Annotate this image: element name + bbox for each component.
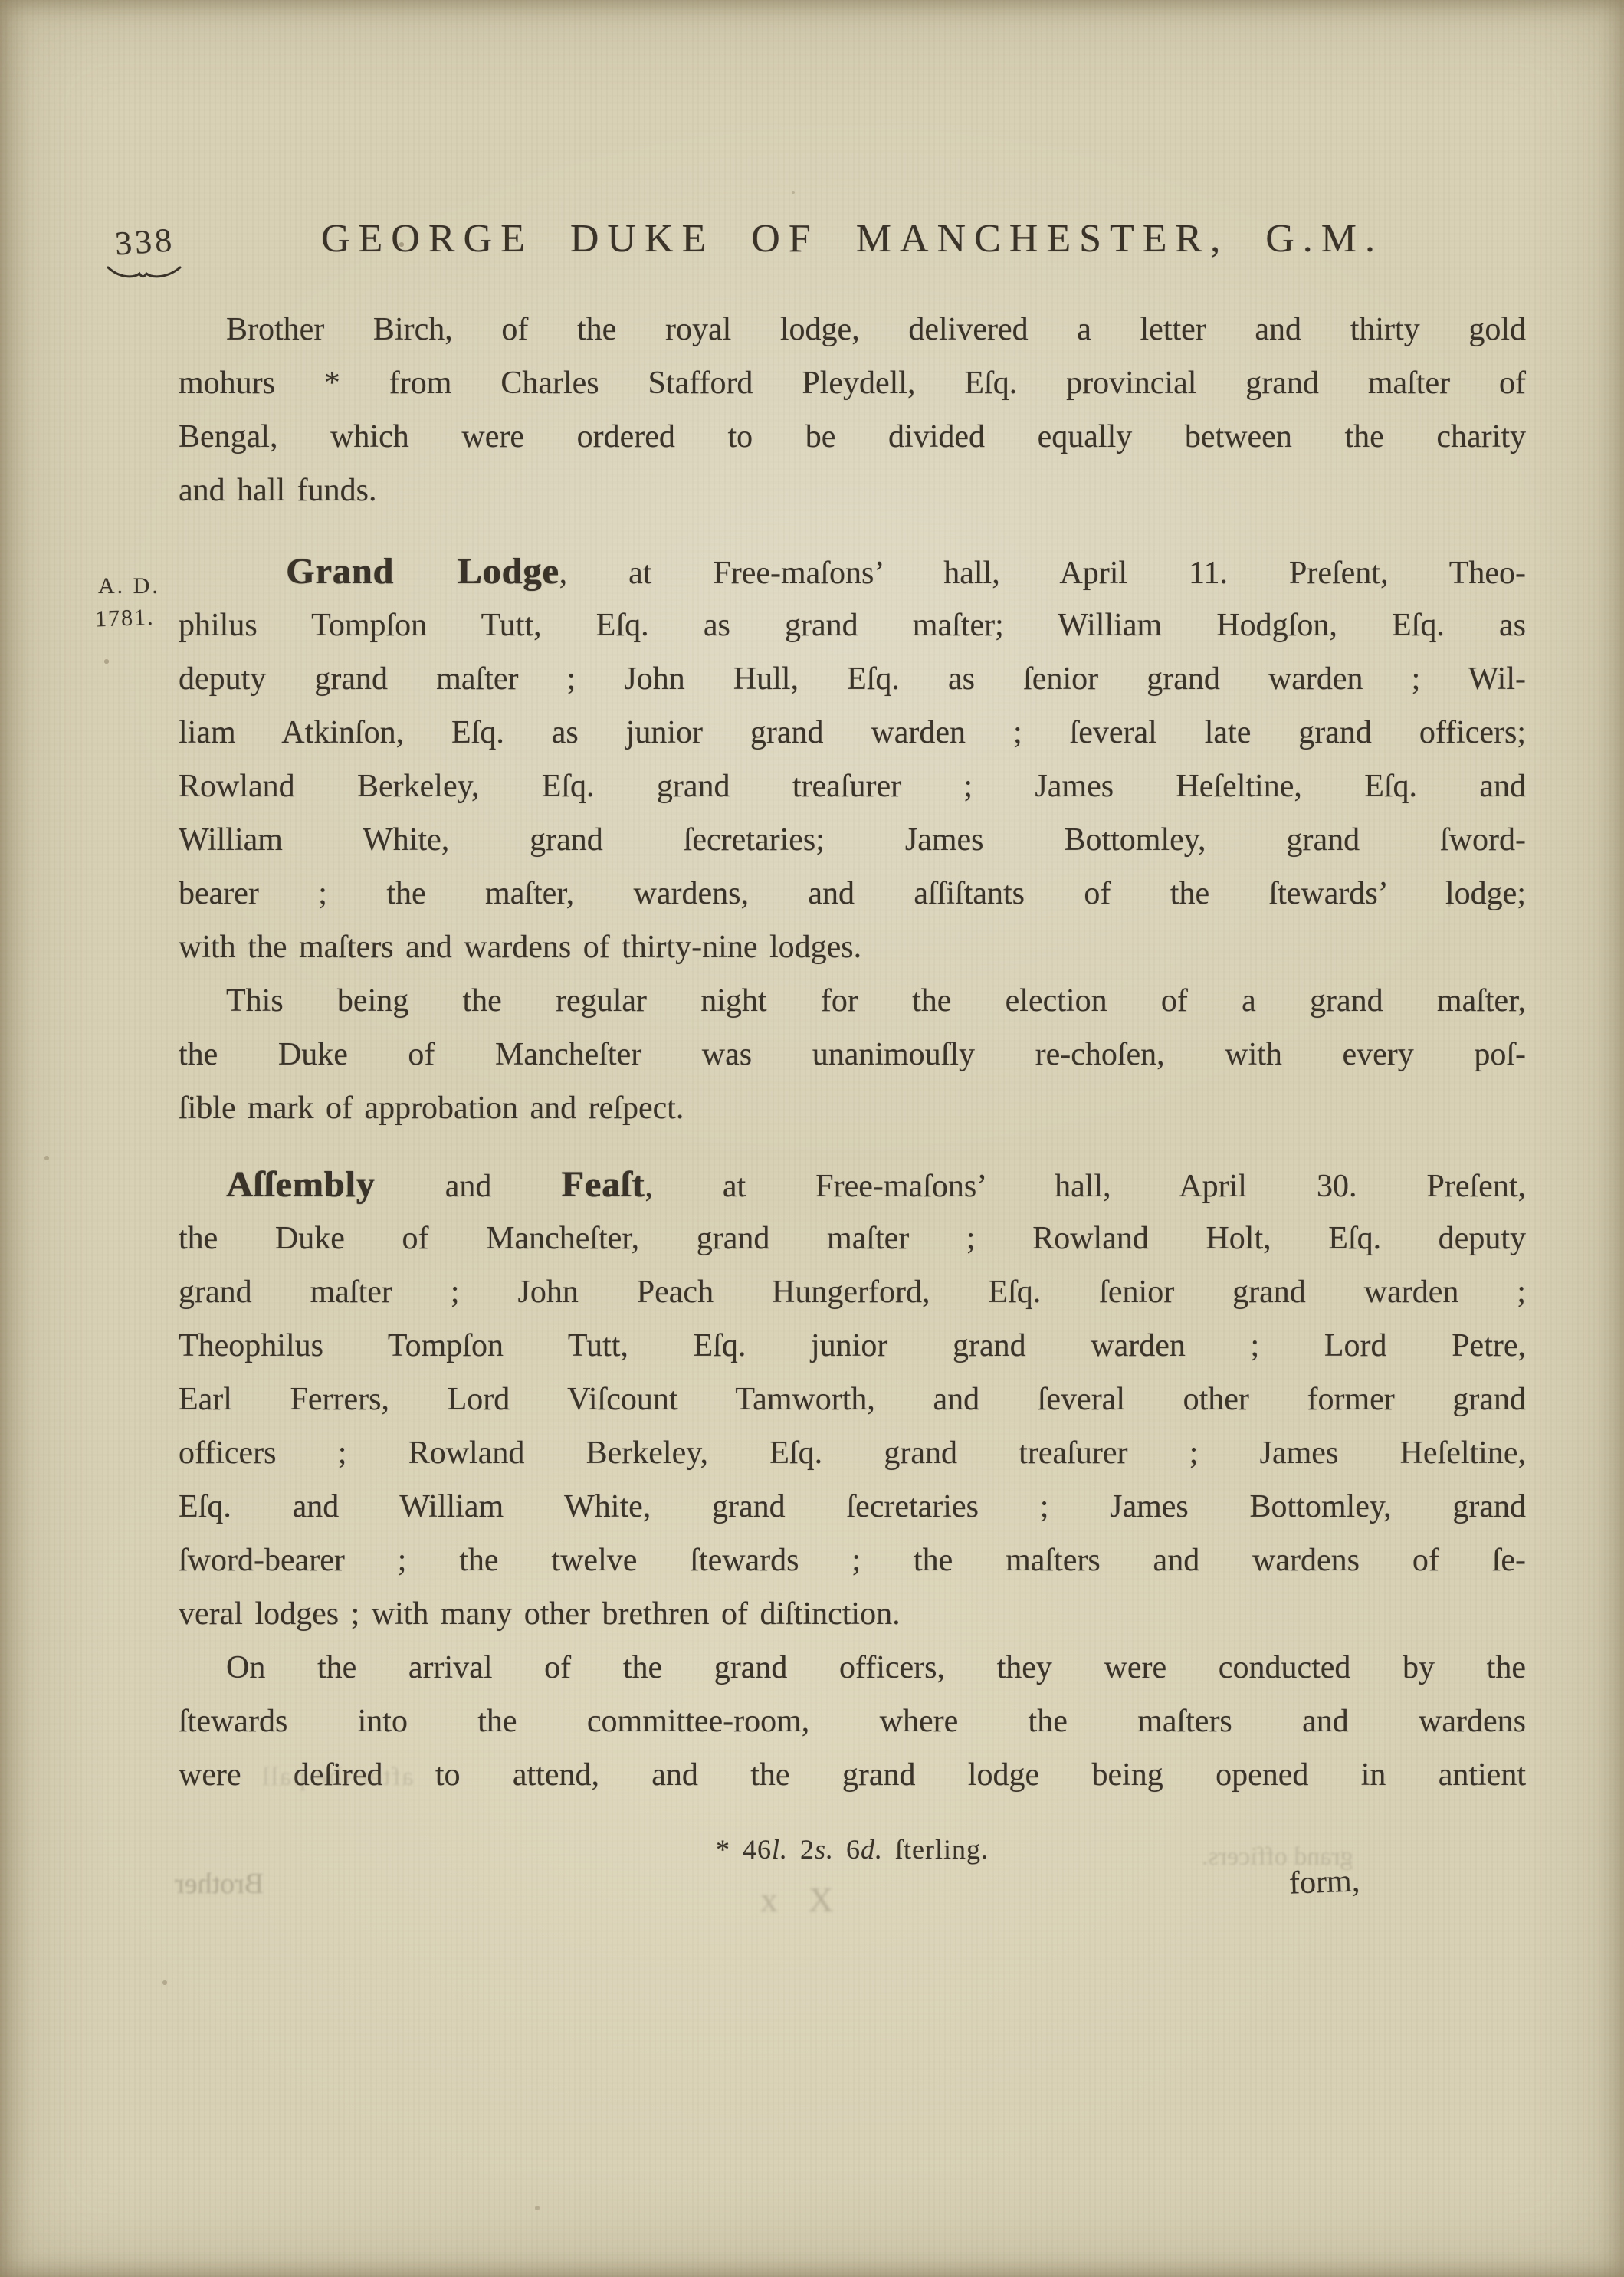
text-line: liam Atkinſon, Eſq. as junior grand ward… bbox=[179, 706, 1526, 760]
page-number-brace-icon bbox=[106, 265, 182, 284]
paragraph: On the arrival of the grand officers, th… bbox=[179, 1641, 1526, 1802]
text-line: philus Tompſon Tutt, Eſq. as grand maſte… bbox=[179, 599, 1526, 652]
text-line: bearer ; the maſter, wardens, and aſſiſt… bbox=[179, 867, 1526, 920]
paragraph: Grand Lodge, at Free-maſons’ hall, April… bbox=[179, 545, 1526, 974]
text-segment: William White, grand ſecretaries; James … bbox=[179, 822, 1526, 858]
footnote: * 46l. 2s. 6d. ſterling. bbox=[179, 1833, 1526, 1865]
blackletter-heading: Grand Lodge bbox=[286, 551, 559, 592]
text-line: deputy grand maſter ; John Hull, Eſq. as… bbox=[179, 652, 1526, 706]
text-line: with the maſters and wardens of thirty-n… bbox=[179, 920, 1526, 974]
blackletter-heading: Aſſembly bbox=[226, 1164, 376, 1205]
text-line: This being the regular night for the ele… bbox=[179, 974, 1526, 1028]
text-segment: and hall funds. bbox=[179, 473, 376, 508]
text-segment: Bengal, which were ordered to be divided… bbox=[179, 419, 1526, 454]
text-segment: philus Tompſon Tutt, Eſq. as grand maſte… bbox=[179, 608, 1526, 643]
text-segment: Brother Birch, of the royal lodge, deliv… bbox=[226, 312, 1526, 347]
text-line: mohurs * from Charles Stafford Pleydell,… bbox=[179, 356, 1526, 410]
text-segment: , at Free-maſons’ hall, April 11. Preſen… bbox=[559, 556, 1526, 591]
text-segment: mohurs * from Charles Stafford Pleydell,… bbox=[179, 366, 1526, 401]
text-segment: ſtewards into the committee-room, where … bbox=[179, 1704, 1526, 1739]
text-segment: and bbox=[376, 1169, 562, 1204]
text-line: ſible mark of approbation and reſpect. bbox=[179, 1081, 1526, 1135]
text-segment: l. bbox=[772, 1834, 788, 1865]
text-segment: with the maſters and wardens of thirty-n… bbox=[179, 930, 861, 965]
text-segment: grand maſter ; John Peach Hungerford, Eſ… bbox=[179, 1275, 1526, 1310]
catchword: form, bbox=[1288, 1862, 1360, 1901]
text-segment: ſword-bearer ; the twelve ſtewards ; the… bbox=[179, 1543, 1526, 1578]
text-line: Theophilus Tompſon Tutt, Eſq. junior gra… bbox=[179, 1319, 1526, 1373]
text-segment: liam Atkinſon, Eſq. as junior grand ward… bbox=[179, 715, 1526, 750]
signature-mark-show-through: x X bbox=[760, 1879, 845, 1920]
page-number: 338 bbox=[113, 220, 176, 263]
text-segment: This being the regular night for the ele… bbox=[226, 983, 1526, 1019]
text-segment: veral lodges ; with many other brethren … bbox=[179, 1596, 901, 1632]
text-block: Brother Birch, of the royal lodge, deliv… bbox=[179, 303, 1526, 1802]
text-line: Earl Ferrers, Lord Viſcount Tamworth, an… bbox=[179, 1373, 1526, 1426]
text-line: grand maſter ; John Peach Hungerford, Eſ… bbox=[179, 1265, 1526, 1319]
text-segment: s. bbox=[815, 1834, 834, 1865]
text-segment: Eſq. and William White, grand ſecretarie… bbox=[179, 1489, 1526, 1524]
text-line: Rowland Berkeley, Eſq. grand treaſurer ;… bbox=[179, 760, 1526, 813]
text-segment: 6 bbox=[834, 1834, 861, 1865]
book-page-scan: 338 GEORGE DUKE OF MANCHESTER, G.M. A. D… bbox=[0, 0, 1624, 2277]
text-line: and hall funds. bbox=[179, 464, 1526, 517]
text-line: Grand Lodge, at Free-maſons’ hall, April… bbox=[179, 545, 1526, 599]
text-segment: Rowland Berkeley, Eſq. grand treaſurer ;… bbox=[179, 769, 1526, 804]
text-segment: ſterling. bbox=[883, 1834, 989, 1865]
text-line: On the arrival of the grand officers, th… bbox=[179, 1641, 1526, 1695]
text-segment: deputy grand maſter ; John Hull, Eſq. as… bbox=[179, 661, 1526, 697]
text-segment: were deſired to attend, and the grand lo… bbox=[179, 1757, 1526, 1793]
text-segment: the Duke of Mancheſter, grand maſter ; R… bbox=[179, 1221, 1526, 1256]
text-segment: bearer ; the maſter, wardens, and aſſiſt… bbox=[179, 876, 1526, 911]
running-title: GEORGE DUKE OF MANCHESTER, G.M. bbox=[179, 216, 1526, 261]
text-segment: d. bbox=[861, 1834, 883, 1865]
margin-note: A. D. 1781. bbox=[98, 573, 160, 632]
text-segment: Theophilus Tompſon Tutt, Eſq. junior gra… bbox=[179, 1328, 1526, 1363]
text-line: ſword-bearer ; the twelve ſtewards ; the… bbox=[179, 1534, 1526, 1587]
paragraph: Aſſembly and Feaſt, at Free-maſons’ hall… bbox=[179, 1158, 1526, 1641]
text-segment: , at Free-maſons’ hall, April 30. Preſen… bbox=[645, 1169, 1526, 1204]
margin-note-year: 1781. bbox=[94, 605, 160, 633]
text-line: Brother Birch, of the royal lodge, deliv… bbox=[179, 303, 1526, 356]
text-segment: * 46 bbox=[716, 1834, 772, 1865]
text-line: the Duke of Mancheſter was unanimouſly r… bbox=[179, 1028, 1526, 1081]
margin-note-era: A. D. bbox=[98, 573, 160, 599]
paragraph: Brother Birch, of the royal lodge, deliv… bbox=[179, 303, 1526, 517]
text-line: veral lodges ; with many other brethren … bbox=[179, 1587, 1526, 1641]
text-segment: Earl Ferrers, Lord Viſcount Tamworth, an… bbox=[179, 1382, 1526, 1417]
show-through-text: Brother bbox=[175, 1867, 264, 1901]
text-line: Bengal, which were ordered to be divided… bbox=[179, 410, 1526, 464]
text-line: were deſired to attend, and the grand lo… bbox=[179, 1748, 1526, 1802]
text-segment: ſible mark of approbation and reſpect. bbox=[179, 1091, 684, 1126]
text-segment: the Duke of Mancheſter was unanimouſly r… bbox=[179, 1037, 1526, 1072]
paper-specks bbox=[0, 0, 2, 2]
blackletter-heading: Feaſt bbox=[561, 1164, 645, 1205]
text-line: ſtewards into the committee-room, where … bbox=[179, 1695, 1526, 1748]
paragraph: This being the regular night for the ele… bbox=[179, 974, 1526, 1135]
text-line: William White, grand ſecretaries; James … bbox=[179, 813, 1526, 867]
text-line: the Duke of Mancheſter, grand maſter ; R… bbox=[179, 1212, 1526, 1265]
text-line: officers ; Rowland Berkeley, Eſq. grand … bbox=[179, 1426, 1526, 1480]
text-segment: On the arrival of the grand officers, th… bbox=[226, 1650, 1526, 1685]
text-segment: officers ; Rowland Berkeley, Eſq. grand … bbox=[179, 1435, 1526, 1471]
text-segment: 2 bbox=[788, 1834, 815, 1865]
text-line: Eſq. and William White, grand ſecretarie… bbox=[179, 1480, 1526, 1534]
text-line: Aſſembly and Feaſt, at Free-maſons’ hall… bbox=[179, 1158, 1526, 1212]
